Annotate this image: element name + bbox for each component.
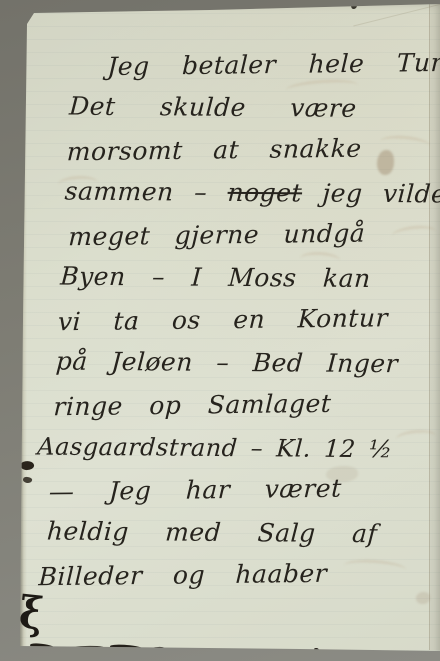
struck-word: noget xyxy=(227,177,303,207)
handwritten-line: vi ta os en Kontur xyxy=(57,297,427,344)
handwritten-line: Byen – I Moss kan xyxy=(59,255,429,300)
handwritten-line: Aasgaardstrand – Kl. 12 ½ xyxy=(36,425,420,470)
edge-ink-smudge xyxy=(20,460,34,471)
handwritten-line: Det skulde være xyxy=(68,85,438,130)
faint-stain xyxy=(416,592,430,604)
cutoff-writing-mark xyxy=(314,648,319,652)
handwritten-line: ringe op Samlaget xyxy=(53,382,423,429)
letter-text: Jeg betaler hele Turen –Det skulde værem… xyxy=(44,44,440,597)
photo-backdrop: Jeg betaler hele Turen –Det skulde værem… xyxy=(0,0,440,661)
cutoff-writing-mark xyxy=(30,642,57,651)
handwritten-line: sammen – noget jeg vilde xyxy=(63,170,433,215)
handwritten-line: morsomt at snakke xyxy=(66,127,436,174)
handwritten-line: Billeder og haaber xyxy=(38,552,414,599)
handwritten-line: Jeg betaler hele Turen – xyxy=(106,42,440,89)
cutoff-writing-mark xyxy=(150,646,165,652)
handwritten-line: — Jeg har været xyxy=(48,467,418,514)
cutoff-writing-mark xyxy=(110,644,144,652)
line-text: sammen – xyxy=(64,176,229,206)
handwritten-line: på Jeløen – Bed Inger xyxy=(55,340,425,385)
ink-speck xyxy=(351,2,357,9)
handwritten-line: heldig med Salg af xyxy=(46,510,416,555)
cutoff-writing-mark xyxy=(62,645,104,652)
ink-blot: ξ xyxy=(17,587,46,640)
inserted-letter: i xyxy=(132,314,137,332)
handwritten-line: meget gjerne undgå xyxy=(67,212,431,259)
page-left-edge xyxy=(20,12,27,648)
corner-crease xyxy=(353,3,440,27)
line-text: jeg vilde xyxy=(301,178,440,208)
letter-page: Jeg betaler hele Turen –Det skulde værem… xyxy=(0,0,440,661)
